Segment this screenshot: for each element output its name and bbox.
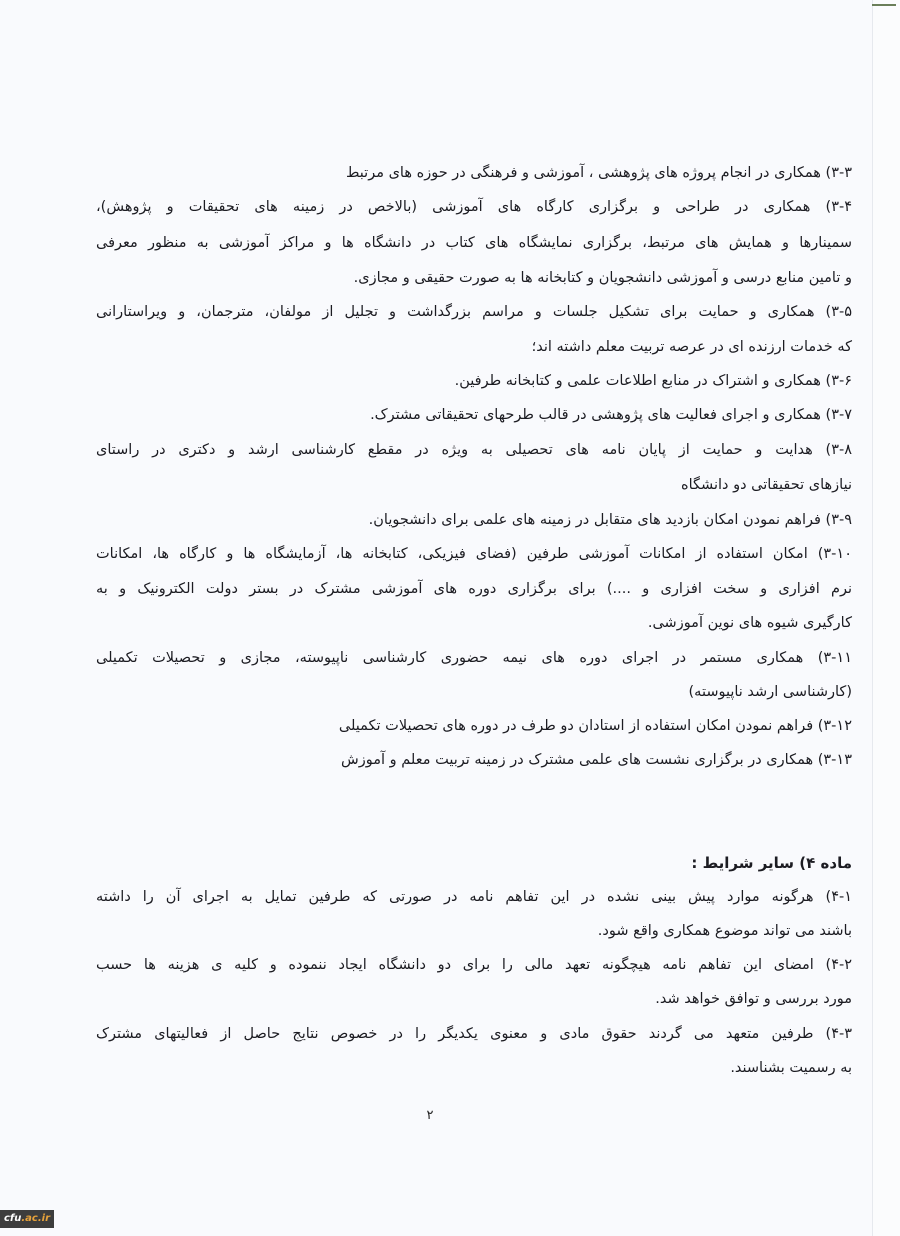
item-4-1-line-2: باشند می تواند موضوع همکاری واقع شود.	[598, 921, 852, 941]
item-3-8-line-1: ۳-۸) هدایت و حمایت از پایان نامه های تحص…	[96, 440, 852, 460]
item-3-5-line-1: ۳-۵) همکاری و حمایت برای تشکیل جلسات و م…	[96, 302, 852, 322]
watermark-part-1: cfu	[4, 1213, 21, 1224]
item-3-6: ۳-۶) همکاری و اشتراک در منابع اطلاعات عل…	[455, 371, 852, 391]
site-watermark: cfu.ac.ir	[0, 1210, 54, 1228]
scan-corner-mark	[872, 4, 896, 6]
item-3-8-line-2: نیازهای تحقیقاتی دو دانشگاه	[681, 475, 852, 495]
item-4-3-line-2: به رسمیت بشناسند.	[730, 1058, 852, 1078]
item-3-4-line-3: و تامین منابع درسی و آموزشی دانشجویان و …	[354, 268, 852, 288]
item-4-3-line-1: ۴-۳) طرفین متعهد می گردند حقوق مادی و مع…	[96, 1024, 852, 1044]
item-3-13: ۳-۱۳) همکاری در برگزاری نشست های علمی مش…	[341, 750, 852, 770]
item-4-2-line-2: مورد بررسی و توافق خواهد شد.	[655, 989, 852, 1009]
item-3-10-line-2: نرم افزاری و سخت افزاری و ....) برای برگ…	[96, 579, 852, 599]
watermark-part-2: .ac.ir	[21, 1213, 50, 1224]
item-3-3: ۳-۳) همکاری در انجام پروژه های پژوهشی ، …	[346, 163, 852, 183]
item-3-9: ۳-۹) فراهم نمودن امکان بازدید های متقابل…	[369, 510, 852, 530]
page-edge	[872, 0, 900, 1236]
item-3-5-line-2: که خدمات ارزنده ای در عرصه تربیت معلم دا…	[532, 337, 852, 357]
item-3-10-line-3: کارگیری شیوه های نوین آموزشی.	[648, 613, 852, 633]
item-4-2-line-1: ۴-۲) امضای این تفاهم نامه هیچگونه تعهد م…	[96, 955, 852, 975]
item-3-12: ۳-۱۲) فراهم نمودن امکان استفاده از استاد…	[339, 716, 852, 736]
item-3-4-line-1: ۳-۴) همکاری در طراحی و برگزاری کارگاه ها…	[96, 197, 852, 217]
item-3-10-line-1: ۳-۱۰) امکان استفاده از امکانات آموزشی طر…	[96, 544, 852, 564]
item-3-11-line-2: (کارشناسی ارشد ناپیوسته)	[689, 682, 852, 702]
page-number: ۲	[420, 1108, 440, 1123]
item-4-1-line-1: ۴-۱) هرگونه موارد پیش بینی نشده در این ت…	[96, 887, 852, 907]
item-3-11-line-1: ۳-۱۱) همکاری مستمر در اجرای دوره های نیم…	[96, 648, 852, 668]
item-3-4-line-2: سمینارها و همایش های مرتبط، برگزاری نمای…	[96, 233, 852, 253]
section-4-heading: ماده ۴) سایر شرایط :	[691, 853, 852, 873]
item-3-7: ۳-۷) همکاری و اجرای فعالیت های پژوهشی در…	[370, 405, 852, 425]
